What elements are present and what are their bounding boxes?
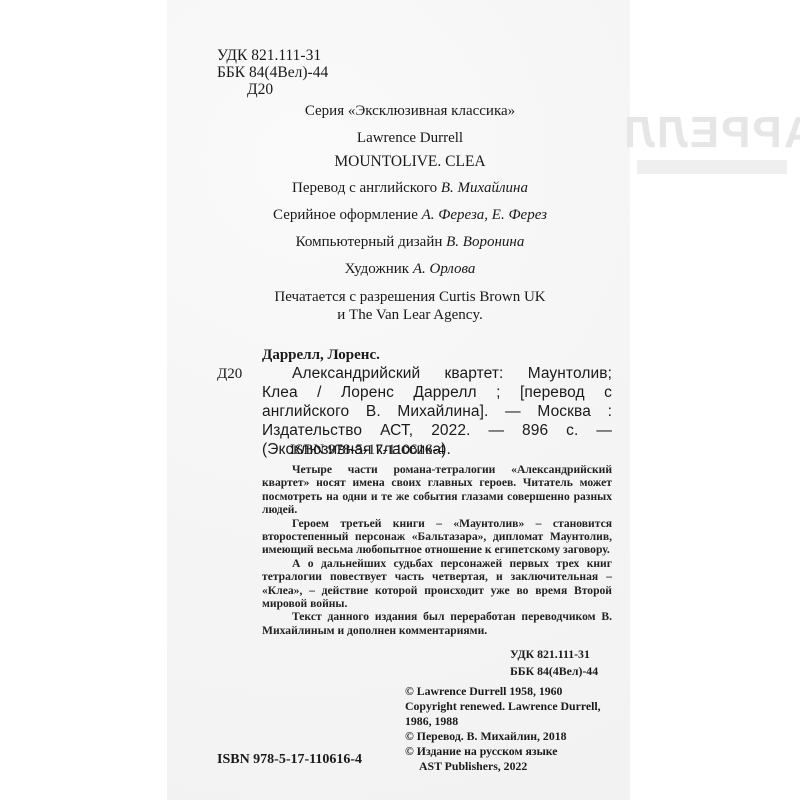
annotation-paragraph: Текст данного издания был переработан пе… (262, 610, 612, 637)
series-design-credit: Серийное оформление А. Фереза, Е. Ферез (200, 207, 620, 224)
catalog-isbn: ISBN 978-5-17-110616-4 (290, 442, 445, 459)
author-mark: Д20 (217, 81, 328, 98)
series-line: Серия «Эксклюзивная классика» (200, 103, 620, 120)
computer-design-credit: Компьютерный дизайн В. Воронина (200, 234, 620, 251)
artist-name: А. Орлова (413, 261, 476, 277)
computer-designer: В. Воронина (446, 234, 524, 250)
translation-credit: Перевод с английского В. Михайлина (200, 180, 620, 197)
artist-credit: Художник А. Орлова (200, 261, 620, 278)
copyright-line: AST Publishers, 2022 (405, 759, 601, 774)
title-original: MOUNTOLIVE. CLEA (200, 153, 620, 171)
footer-isbn: ISBN 978-5-17-110616-4 (217, 752, 362, 768)
translator-name: В. Михайлина (441, 180, 528, 196)
permission-line-1: Печатается с разрешения Curtis Brown UK (200, 288, 620, 306)
bbk-code: ББК 84(4Вел)-44 (217, 64, 328, 81)
annotation-paragraph: А о дальнейших судьбах персонажей первых… (262, 557, 612, 611)
permission-line-2: и The Van Lear Agency. (200, 306, 620, 324)
footer-bbk-code: ББК 84(4Вел)-44 (510, 663, 598, 680)
annotation-paragraph: Героем третьей книги – «Маунтолив» – ста… (262, 517, 612, 557)
translation-label: Перевод с английского (292, 180, 441, 196)
header-codes: УДК 821.111-31 ББК 84(4Вел)-44 Д20 (217, 47, 328, 98)
copyright-line: © Издание на русском языке (405, 744, 601, 759)
catalog-author-mark: Д20 (217, 366, 242, 383)
show-through-text: ЛОРЕНС ДАРРЕЛЛ (622, 108, 800, 158)
udk-code: УДК 821.111-31 (217, 47, 328, 64)
show-through-smudge (637, 160, 787, 174)
copyright-line: Copyright renewed. Lawrence Durrell, (405, 699, 601, 714)
copyright-line: © Перевод. В. Михайлин, 2018 (405, 729, 601, 744)
author-original: Lawrence Durrell (200, 130, 620, 147)
copyright-line: 1986, 1988 (405, 714, 601, 729)
series-designers: А. Фереза, Е. Ферез (422, 207, 547, 223)
artist-label: Художник (345, 261, 413, 277)
copyright-line: © Lawrence Durrell 1958, 1960 (405, 684, 601, 699)
series-design-label: Серийное оформление (273, 207, 422, 223)
computer-design-label: Компьютерный дизайн (296, 234, 446, 250)
copyright-block: © Lawrence Durrell 1958, 1960 Copyright … (405, 684, 601, 774)
footer-codes: УДК 821.111-31 ББК 84(4Вел)-44 (510, 646, 598, 680)
permission-notice: Печатается с разрешения Curtis Brown UK … (200, 288, 620, 324)
catalog-author-heading: Даррелл, Лоренс. (262, 347, 380, 364)
footer-udk-code: УДК 821.111-31 (510, 646, 598, 663)
annotation-paragraph: Четыре части романа-тетралогии «Александ… (262, 463, 612, 517)
annotation: Четыре части романа-тетралогии «Александ… (262, 463, 612, 637)
